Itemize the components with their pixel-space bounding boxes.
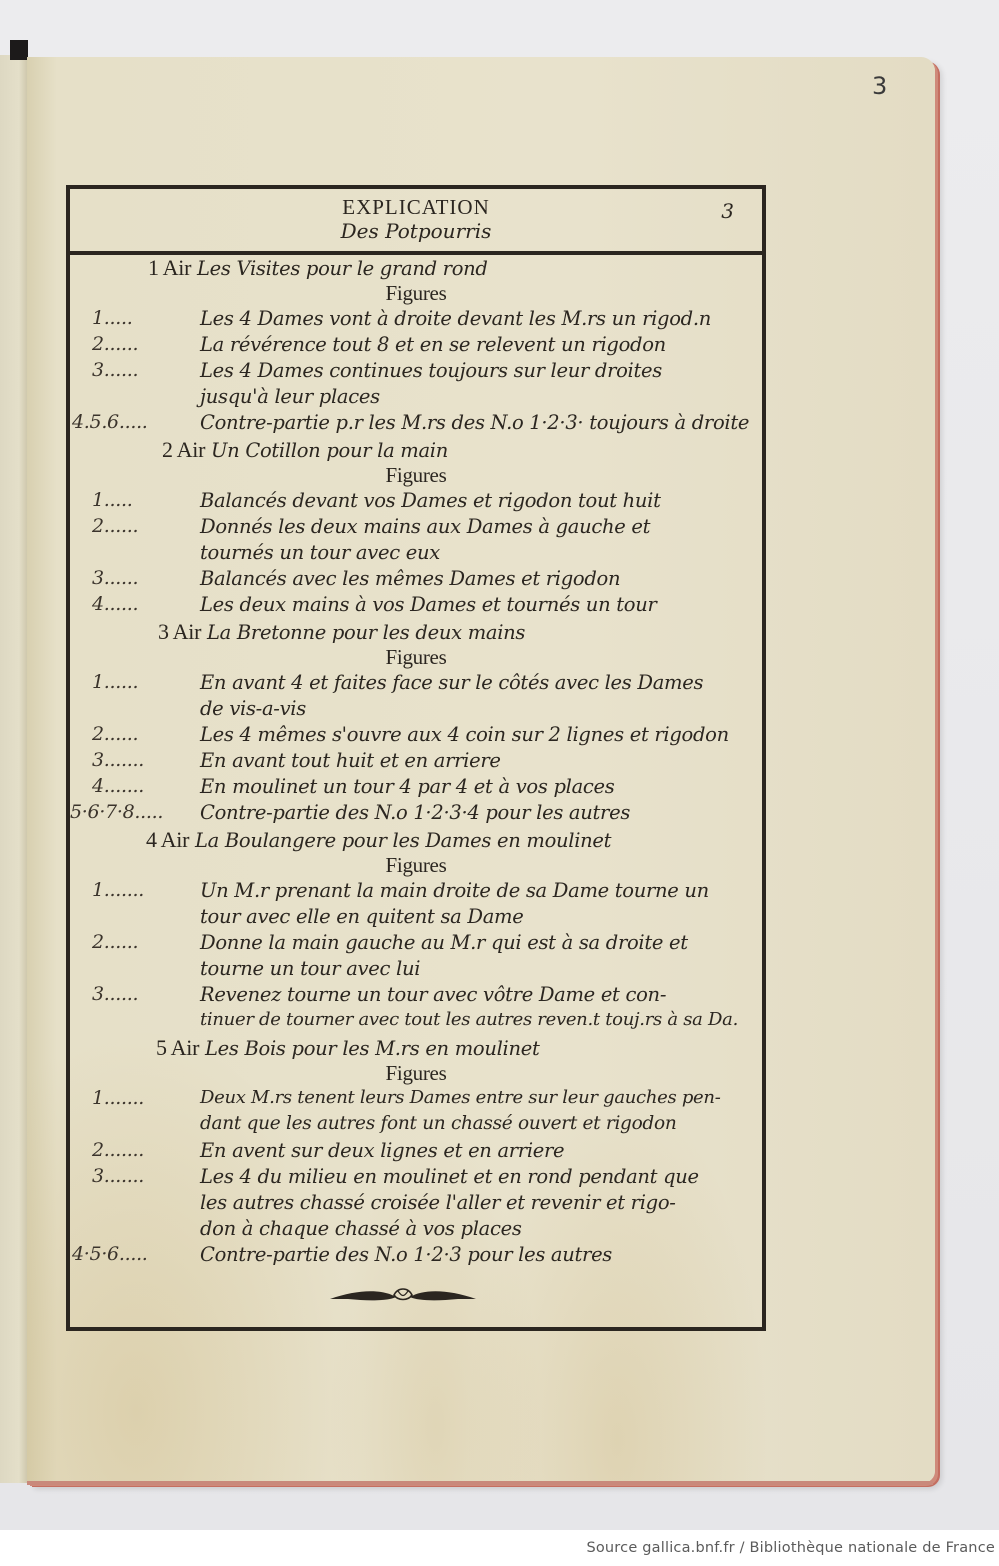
air-number: 3 Air: [158, 619, 201, 644]
air-title: La Bretonne pour les deux mains: [207, 621, 525, 644]
folio-number: 3: [872, 72, 887, 100]
air-title: La Boulangere pour les Dames en moulinet: [195, 829, 611, 852]
source-credit: Source gallica.bnf.fr / Bibliothèque nat…: [586, 1540, 995, 1556]
figure-continuation: jusqu'à leur places: [70, 385, 762, 411]
figures-label: Figures: [70, 463, 762, 489]
figures-label: Figures: [70, 645, 762, 671]
figure-row: 4....... En moulinet un tour 4 par 4 et …: [70, 775, 762, 801]
figure-row: 4...... Les deux mains à vos Dames et to…: [70, 593, 762, 619]
figure-row: 2...... Les 4 mêmes s'ouvre aux 4 coin s…: [70, 723, 762, 749]
figure-row: 1....... Un M.r prenant la main droite d…: [70, 879, 762, 905]
air-heading: 3 Air La Bretonne pour les deux mains: [158, 619, 762, 645]
figure-row: 1..... Balancés devant vos Dames et rigo…: [70, 489, 762, 515]
figure-row: 5·6·7·8..... Contre-partie des N.o 1·2·3…: [70, 801, 762, 827]
figure-row: 1..... Les 4 Dames vont à droite devant …: [70, 307, 762, 333]
figure-row: 2...... Donnés les deux mains aux Dames …: [70, 515, 762, 541]
figure-row: 4.5.6..... Contre-partie p.r les M.rs de…: [70, 411, 762, 437]
air-number: 2 Air: [162, 437, 205, 462]
page-edge-red: [27, 1481, 933, 1485]
figure-continuation: tinuer de tourner avec tout les autres r…: [70, 1009, 762, 1035]
figure-row: 3...... Revenez tourne un tour avec vôtr…: [70, 983, 762, 1009]
figure-continuation: les autres chassé croisée l'aller et rev…: [70, 1191, 762, 1217]
air-title: Un Cotillon pour la main: [211, 439, 448, 462]
air-heading: 2 Air Un Cotillon pour la main: [162, 437, 762, 463]
figure-row: 1....... Deux M.rs tenent leurs Dames en…: [70, 1087, 762, 1113]
figure-row: 3...... Les 4 Dames continues toujours s…: [70, 359, 762, 385]
engraved-frame: EXPLICATION Des Potpourris 3 1 Air Les V…: [66, 185, 766, 1331]
figure-continuation: tournés un tour avec eux: [70, 541, 762, 567]
air-title: Les Visites pour le grand rond: [197, 257, 488, 280]
binding-spine: [10, 40, 28, 60]
air-number: 5 Air: [156, 1035, 199, 1060]
page-title: EXPLICATION: [70, 195, 762, 220]
header-box: EXPLICATION Des Potpourris 3: [70, 189, 762, 255]
figure-continuation: don à chaque chassé à vos places: [70, 1217, 762, 1243]
air-heading: 4 Air La Boulangere pour les Dames en mo…: [146, 827, 762, 853]
flourish-ornament-icon: [328, 1285, 478, 1305]
figure-continuation: de vis-a-vis: [70, 697, 762, 723]
air-heading: 1 Air Les Visites pour le grand rond: [148, 255, 762, 281]
air-title: Les Bois pour les M.rs en moulinet: [205, 1037, 539, 1060]
air-heading: 5 Air Les Bois pour les M.rs en moulinet: [156, 1035, 762, 1061]
figure-continuation: tour avec elle en quitent sa Dame: [70, 905, 762, 931]
air-number: 1 Air: [148, 255, 191, 280]
figure-row: 2...... La révérence tout 8 et en se rel…: [70, 333, 762, 359]
figure-continuation: dant que les autres font un chassé ouver…: [70, 1113, 762, 1139]
previous-page-edge: [0, 55, 28, 1483]
page-subtitle: Des Potpourris: [70, 219, 762, 243]
figures-label: Figures: [70, 1061, 762, 1087]
figure-row: 1...... En avant 4 et faites face sur le…: [70, 671, 762, 697]
air-number: 4 Air: [146, 827, 189, 852]
figures-label: Figures: [70, 853, 762, 879]
figure-continuation: tourne un tour avec lui: [70, 957, 762, 983]
figure-row: 2....... En avent sur deux lignes et en …: [70, 1139, 762, 1165]
figures-label: Figures: [70, 281, 762, 307]
plate-number: 3: [721, 199, 734, 223]
figure-row: 3....... En avant tout huit et en arrier…: [70, 749, 762, 775]
figure-row: 4·5·6..... Contre-partie des N.o 1·2·3 p…: [70, 1243, 762, 1269]
figure-row: 2...... Donne la main gauche au M.r qui …: [70, 931, 762, 957]
figure-row: 3...... Balancés avec les mêmes Dames et…: [70, 567, 762, 593]
figure-row: 3....... Les 4 du milieu en moulinet et …: [70, 1165, 762, 1191]
